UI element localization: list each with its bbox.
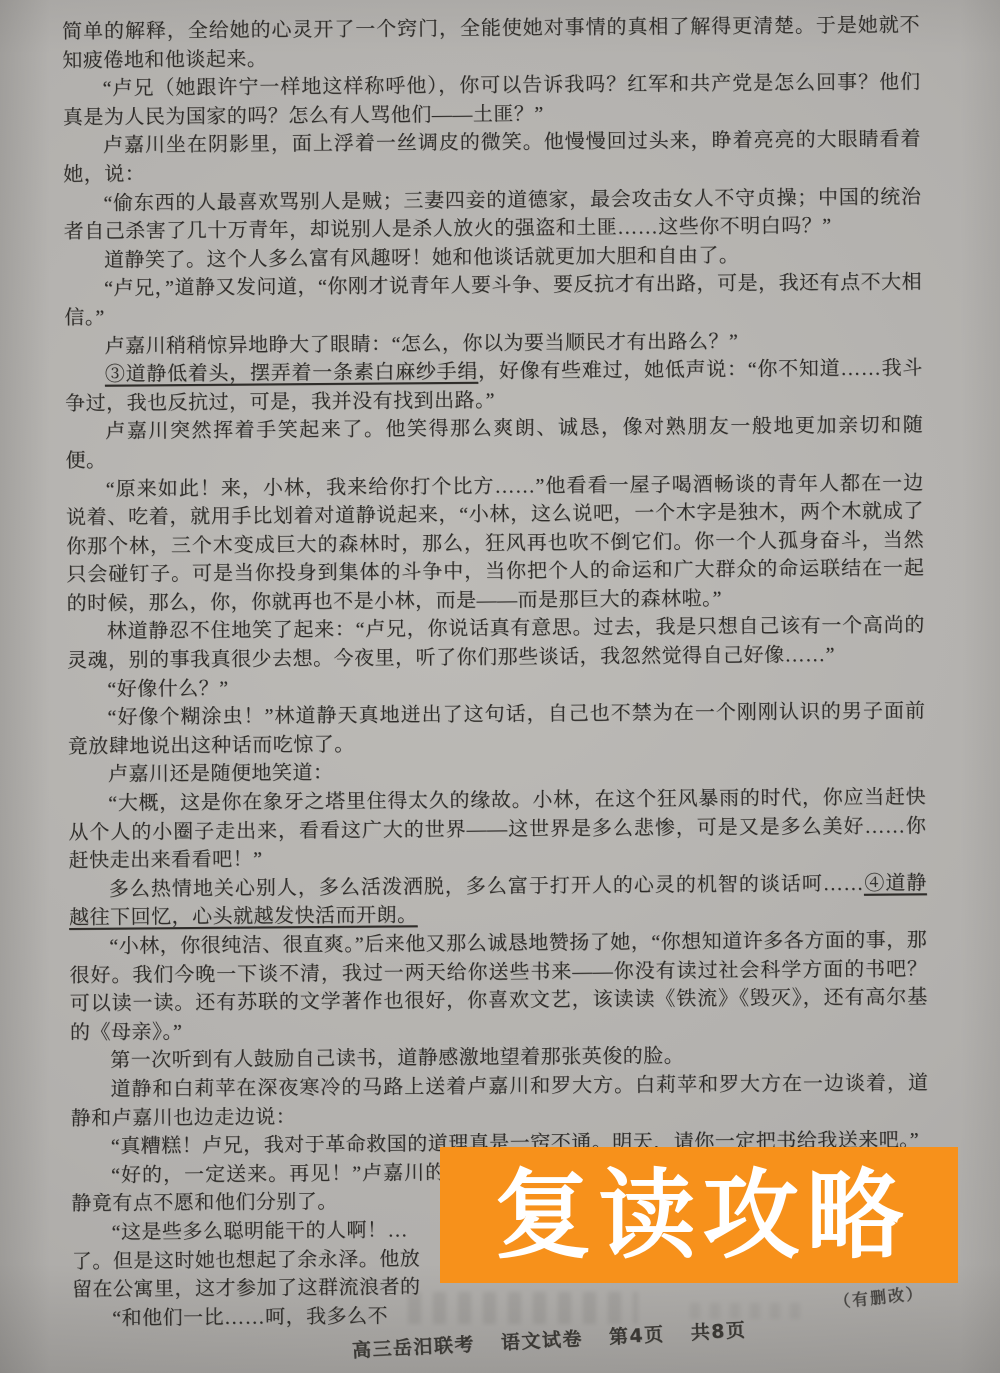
passage-text: 第一次听到有人鼓励自己读书，道静感激地望着那张英俊的脸。	[110, 1046, 684, 1073]
paragraph: ③道静低着头，摆弄着一条素白麻纱手绢，好像有些难过，她低声说：“你不知道……我斗…	[65, 354, 923, 418]
passage-text: 卢嘉川还是随便地笑道：	[108, 762, 334, 786]
passage-text: “偷东西的人最喜欢骂别人是贼；三妻四妾的道德家，最会攻击女人不守贞操；中国的统治…	[64, 186, 922, 243]
passage-text: 道静和白莉苹在深夜寒冷的马路上送着卢嘉川和罗大方。白莉苹和罗大方在一边谈着，道静…	[71, 1072, 929, 1129]
truncated-line: 留在公寓里，这才参加了这群流浪者的	[72, 1273, 464, 1305]
truncated-line: “和他们一比……呵，我多么不	[72, 1302, 464, 1334]
paragraph: “大概，这是你在象牙之塔里住得太久的缘故。小林，在这个狂风暴雨的时代，你应当赶快…	[68, 783, 927, 876]
paragraph: 道静和白莉苹在深夜寒冷的马路上送着卢嘉川和罗大方。白莉苹和罗大方在一边谈着，道静…	[70, 1069, 928, 1133]
passage-text: 多么热情地关心别人，多么活泼洒脱，多么富于打开人的心灵的机智的谈话呵……	[109, 873, 864, 901]
paragraph: 卢嘉川坐在阴影里，面上浮着一丝调皮的微笑。他慢慢回过头来，睁着亮亮的大眼睛看着她…	[63, 126, 921, 190]
paragraph: “小林，你很纯洁、很直爽。”后来他又那么诚恳地赞扬了她，“你想知道许多各方面的事…	[69, 926, 928, 1047]
underlined-passage: ③道静低着头，摆弄着一条素白麻纱手绢	[105, 361, 478, 386]
passage-text: “大概，这是你在象牙之塔里住得太久的缘故。小林，在这个狂风暴雨的时代，你应当赶快…	[68, 786, 926, 872]
paragraph: 林道静忍不住地笑了起来：“卢兄，你说话真有意思。过去，我是只想自己该有一个高尚的…	[67, 612, 925, 676]
footer-exam-name: 高三岳汨联考	[352, 1334, 476, 1362]
footer-total-pages: 共8页	[690, 1319, 747, 1344]
paragraph: 多么热情地关心别人，多么活泼洒脱，多么富于打开人的心灵的机智的谈话呵……④道静越…	[69, 869, 927, 933]
truncated-line: 了。但是这时她也想起了余永泽。他放	[72, 1244, 464, 1276]
paragraph: “偷东西的人最喜欢骂别人是贼；三妻四妾的道德家，最会攻击女人不守贞操；中国的统治…	[63, 183, 921, 247]
truncated-line: “这是些多么聪明能干的人啊！…	[71, 1216, 463, 1248]
footer-page-number: 第4页	[608, 1324, 665, 1349]
passage-text: 卢嘉川突然挥着手笑起来了。他笑得那么爽朗、诚恳，像对熟朋友一般地更加亲切和随便。	[65, 415, 923, 472]
passage-text: 卢嘉川稍稍惊异地睁大了眼睛：“怎么，你以为要当顺民才有出路么？”	[104, 330, 738, 357]
passage-text: 道静笑了。这个人多么富有风趣呀！她和他谈话就更加大胆和自由了。	[104, 244, 740, 271]
passage-text: “卢兄（她跟许宁一样地这样称呼他），你可以告诉我吗？红军和共产党是怎么回事？他们…	[63, 71, 921, 128]
passage-text: 林道静忍不住地笑了起来：“卢兄，你说话真有意思。过去，我是只想自己该有一个高尚的…	[67, 615, 925, 672]
paragraph: 简单的解释，全给她的心灵开了一个窍门，全能使她对事情的真相了解得更清楚。于是她就…	[62, 11, 920, 75]
promo-banner-label: 复读攻略	[488, 1167, 911, 1264]
passage-text: “小林，你很纯洁、很直爽。”后来他又那么诚恳地赞扬了她，“你想知道许多各方面的事…	[69, 929, 927, 1044]
passage-text: “好像什么？”	[107, 677, 228, 700]
footer-subject: 语文试卷	[500, 1328, 583, 1354]
paragraph: 卢嘉川突然挥着手笑起来了。他笑得那么爽朗、诚恳，像对熟朋友一般地更加亲切和随便。	[65, 412, 923, 476]
paragraph: “卢兄（她跟许宁一样地这样称呼他），你可以告诉我吗？红军和共产党是怎么回事？他们…	[62, 68, 920, 132]
reading-passage: 简单的解释，全给她的心灵开了一个窍门，全能使她对事情的真相了解得更清楚。于是她就…	[62, 11, 930, 1333]
passage-text: “原来如此！来，小林，我来给你打个比方……”他看看一屋子喝酒畅谈的青年人都在一边…	[66, 472, 925, 615]
passage-text: “好像个糊涂虫！”林道静天真地迸出了这句话，自己也不禁为在一个刚刚认识的男子面前…	[68, 700, 926, 757]
promo-banner-overlay: 复读攻略	[440, 1147, 958, 1283]
paragraph: “原来如此！来，小林，我来给你打个比方……”他看看一屋子喝酒畅谈的青年人都在一边…	[66, 469, 925, 619]
paragraph: “好像个糊涂虫！”林道静天真地迸出了这句话，自己也不禁为在一个刚刚认识的男子面前…	[67, 697, 925, 761]
scanned-exam-page: 简单的解释，全给她的心灵开了一个窍门，全能使她对事情的真相了解得更清楚。于是她就…	[0, 0, 1000, 1373]
paragraph: “卢兄，”道静又发问道，“你刚才说青年人要斗争、要反抗才有出路，可是，我还有点不…	[64, 269, 922, 333]
passage-text: 简单的解释，全给她的心灵开了一个窍门，全能使她对事情的真相了解得更清楚。于是她就…	[62, 14, 920, 71]
passage-text: “卢兄，”道静又发问道，“你刚才说青年人要斗争、要反抗才有出路，可是，我还有点不…	[64, 272, 922, 329]
passage-text: 卢嘉川坐在阴影里，面上浮着一丝调皮的微笑。他慢慢回过头来，睁着亮亮的大眼睛看着她…	[63, 129, 921, 186]
